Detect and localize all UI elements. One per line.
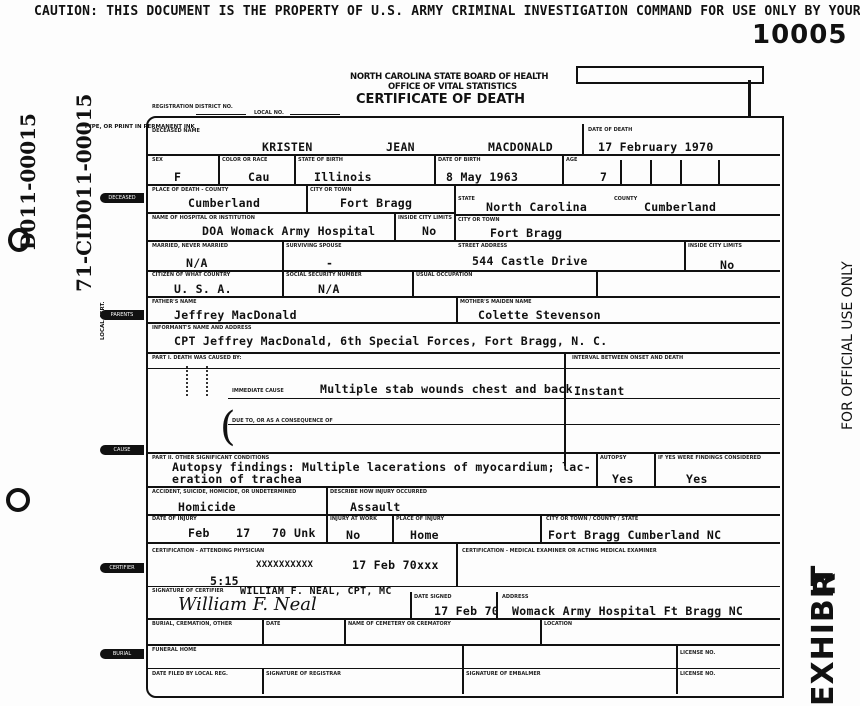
injury-location-value: Fort Bragg Cumberland NC: [548, 528, 721, 542]
date-filed-label: DATE FILED BY LOCAL REG.: [152, 671, 228, 677]
form-title: CERTIFICATE OF DEATH: [356, 92, 525, 107]
county-label: PLACE OF DEATH - COUNTY: [152, 187, 228, 193]
manner-label: ACCIDENT, SUICIDE, HOMICIDE, OR UNDETERM…: [152, 489, 296, 495]
county-value: Cumberland: [188, 196, 260, 210]
divider: [654, 452, 656, 486]
inside-city-value: No: [422, 224, 436, 238]
divider: [540, 618, 542, 644]
divider: [410, 592, 412, 618]
row-divider: [148, 514, 780, 516]
race-label: COLOR OR RACE: [222, 157, 267, 163]
injury-location-label: CITY OR TOWN / COUNTY / STATE: [546, 516, 638, 522]
date-of-death-label: DATE OF DEATH: [588, 127, 632, 133]
divider: [454, 184, 456, 240]
document-number: 10005: [752, 20, 847, 50]
exhibit-label: EXHIBIT: [806, 565, 841, 706]
residence-city-value: Fort Bragg: [490, 226, 562, 240]
divider: [684, 240, 686, 270]
row-divider: [148, 618, 780, 620]
divider: [282, 240, 284, 270]
injury-work-value: No: [346, 528, 360, 542]
certification-strike: XXXXXXXXXX: [256, 560, 313, 570]
cause-part1-label: PART I. DEATH WAS CAUSED BY:: [152, 355, 241, 361]
agency-office: OFFICE OF VITAL STATISTICS: [388, 82, 517, 92]
injury-month: Feb: [188, 526, 210, 540]
divider: [344, 618, 346, 644]
caution-notice: CAUTION: THIS DOCUMENT IS THE PROPERTY O…: [34, 4, 860, 19]
divider: [412, 270, 414, 296]
father-value: Jeffrey MacDonald: [174, 308, 297, 322]
inside-city-label: INSIDE CITY LIMITS: [398, 215, 452, 221]
city-label: CITY OR TOWN: [310, 187, 352, 193]
immediate-cause-label: IMMEDIATE CAUSE: [232, 388, 284, 394]
punch-hole-mark: [6, 488, 30, 512]
informant-label: INFORMANT'S NAME AND ADDRESS: [152, 325, 251, 331]
divider: [562, 154, 564, 184]
burial-label: BURIAL, CREMATION, OTHER: [152, 621, 232, 627]
interval-value: Instant: [574, 384, 625, 398]
divider: [650, 160, 652, 184]
g1-stamp-circle: [8, 228, 30, 252]
divider: [294, 154, 296, 184]
residence-city-label: CITY OR TOWN: [458, 217, 500, 223]
divider: [596, 452, 598, 486]
row-divider: [148, 352, 780, 354]
hospital-value: DOA Womack Army Hospital: [202, 224, 375, 238]
place-injury-value: Home: [410, 528, 439, 542]
row-divider: [148, 212, 454, 214]
registrar-label: SIGNATURE OF REGISTRAR: [266, 671, 341, 677]
funeral-license-label: LICENSE NO.: [680, 650, 715, 656]
birthplace-value: Illinois: [314, 170, 372, 184]
tab-deceased: DECEASED: [100, 193, 144, 203]
spouse-label: SURVIVING SPOUSE: [286, 243, 342, 249]
row-divider: [148, 452, 780, 454]
certification-label: CERTIFICATION - ATTENDING PHYSICIAN: [152, 548, 264, 554]
stamp-line: [748, 80, 751, 116]
dotted-guide: [206, 366, 208, 396]
marital-value: N/A: [186, 256, 208, 270]
registration-label: REGISTRATION DISTRICT NO.: [152, 104, 233, 110]
divider: [680, 160, 682, 184]
funeral-home-label: FUNERAL HOME: [152, 647, 197, 653]
date-signed-value: 17 Feb 70: [434, 604, 499, 618]
stamp-box: [576, 66, 764, 84]
citizen-label: CITIZEN OF WHAT COUNTRY: [152, 272, 230, 278]
hospital-label: NAME OF HOSPITAL OR INSTITUTION: [152, 215, 255, 221]
divider: [540, 514, 542, 542]
autopsy-label: AUTOPSY: [600, 455, 626, 461]
local-cert-label: LOCAL CERT.: [100, 302, 106, 340]
mother-value: Colette Stevenson: [478, 308, 601, 322]
address-value: Womack Army Hospital Ft Bragg NC: [512, 604, 743, 618]
injury-day: 17: [236, 526, 250, 540]
deceased-first-name: KRISTEN: [262, 140, 313, 154]
age-value: 7: [600, 170, 607, 184]
row-divider: [148, 542, 780, 544]
official-use-notice: FOR OFFICIAL USE ONLY: [840, 261, 856, 430]
row-divider: [148, 368, 780, 369]
mother-label: MOTHER'S MAIDEN NAME: [460, 299, 532, 305]
residence-state-value: North Carolina: [486, 200, 587, 214]
sex-value: F: [174, 170, 181, 184]
divider: [462, 644, 464, 694]
divider: [282, 270, 284, 296]
ssn-value: N/A: [318, 282, 340, 296]
citizen-value: U. S. A.: [174, 282, 232, 296]
deceased-last-name: MACDONALD: [488, 140, 553, 154]
embalmer-label: SIGNATURE OF EMBALMER: [466, 671, 541, 677]
divider: [306, 184, 308, 212]
row-divider: [148, 644, 780, 646]
row-divider: [148, 486, 780, 488]
father-label: FATHER'S NAME: [152, 299, 197, 305]
burial-date-label: DATE: [266, 621, 280, 627]
local-no-line: [290, 114, 340, 115]
injury-hour: Unk: [294, 526, 316, 540]
occupation-label: USUAL OCCUPATION: [416, 272, 472, 278]
informant-value: CPT Jeffrey MacDonald, 6th Special Force…: [174, 334, 607, 348]
tab-burial: BURIAL: [100, 649, 144, 659]
row-divider: [148, 322, 780, 324]
place-injury-label: PLACE OF INJURY: [396, 516, 444, 522]
dotted-guide: [186, 366, 188, 396]
cemetery-label: NAME OF CEMETERY OR CREMATORY: [348, 621, 451, 627]
divider: [596, 270, 598, 296]
name-label: DECEASED NAME: [152, 128, 200, 134]
row-divider: [454, 214, 780, 216]
medical-examiner-label: CERTIFICATION - MEDICAL EXAMINER OR ACTI…: [462, 548, 657, 554]
date-injury-label: DATE OF INJURY: [152, 516, 197, 522]
tab-cause: CAUSE: [100, 445, 144, 455]
dob-value: 8 May 1963: [446, 170, 518, 184]
race-value: Cau: [248, 170, 270, 184]
manner-value: Homicide: [178, 500, 236, 514]
dob-label: DATE OF BIRTH: [438, 157, 481, 163]
street-value: 544 Castle Drive: [472, 254, 588, 268]
divider: [262, 618, 264, 644]
on-farm-label: INSIDE CITY LIMITS: [688, 243, 742, 249]
age-label: AGE: [566, 157, 577, 163]
divider: [676, 644, 678, 694]
spouse-value: -: [326, 256, 333, 270]
marital-label: MARRIED, NEVER MARRIED: [152, 243, 228, 249]
how-injury-label: DESCRIBE HOW INJURY OCCURRED: [330, 489, 427, 495]
row-divider: [148, 668, 780, 669]
burial-location-label: LOCATION: [544, 621, 572, 627]
street-label: STREET ADDRESS: [458, 243, 507, 249]
residence-county-label: COUNTY: [614, 196, 637, 202]
city-value: Fort Bragg: [340, 196, 412, 210]
divider: [434, 154, 436, 184]
injury-work-label: INJURY AT WORK: [330, 516, 377, 522]
date-signed-label: DATE SIGNED: [414, 594, 452, 600]
row-divider: [148, 184, 780, 186]
part2-line2: eration of trachea: [172, 472, 302, 486]
divider: [456, 296, 458, 322]
divider: [620, 160, 622, 184]
divider: [582, 124, 584, 154]
certification-date: 17 Feb 70xxx: [352, 558, 439, 572]
residence-county-value: Cumberland: [644, 200, 716, 214]
registration-line: [196, 114, 246, 115]
embalmer-license-label: LICENSE NO.: [680, 671, 715, 677]
injury-year: 70: [272, 526, 286, 540]
cause-line: [228, 398, 780, 399]
findings-value: Yes: [686, 472, 708, 486]
row-divider: [148, 296, 780, 298]
sex-label: SEX: [152, 157, 163, 163]
date-of-death: 17 February 1970: [598, 140, 714, 154]
how-injury-value: Assault: [350, 500, 401, 514]
divider: [718, 160, 720, 184]
certifier-signature: William F. Neal: [178, 594, 317, 615]
divider: [262, 668, 264, 694]
address-label: ADDRESS: [502, 594, 528, 600]
agency-name: NORTH CAROLINA STATE BOARD OF HEALTH: [350, 72, 548, 82]
residence-state-label: STATE: [458, 196, 475, 202]
divider: [394, 212, 396, 240]
immediate-cause-value: Multiple stab wounds chest and back: [320, 382, 573, 396]
birthplace-label: STATE OF BIRTH: [298, 157, 343, 163]
brace-mark: (: [220, 404, 236, 450]
interval-label: INTERVAL BETWEEN ONSET AND DEATH: [572, 355, 683, 361]
deceased-middle-name: JEAN: [386, 140, 415, 154]
divider: [456, 542, 458, 586]
divider: [392, 514, 394, 542]
tab-certifier: CERTIFIER: [100, 563, 144, 573]
autopsy-value: Yes: [612, 472, 634, 486]
divider: [496, 592, 498, 618]
divider: [218, 154, 220, 184]
ssn-label: SOCIAL SECURITY NUMBER: [286, 272, 362, 278]
row-divider: [148, 154, 780, 156]
findings-label: IF YES WERE FINDINGS CONSIDERED: [658, 455, 761, 461]
divider: [564, 352, 566, 466]
tab-parents: PARENTS: [100, 310, 144, 320]
cause-line: [228, 424, 780, 425]
